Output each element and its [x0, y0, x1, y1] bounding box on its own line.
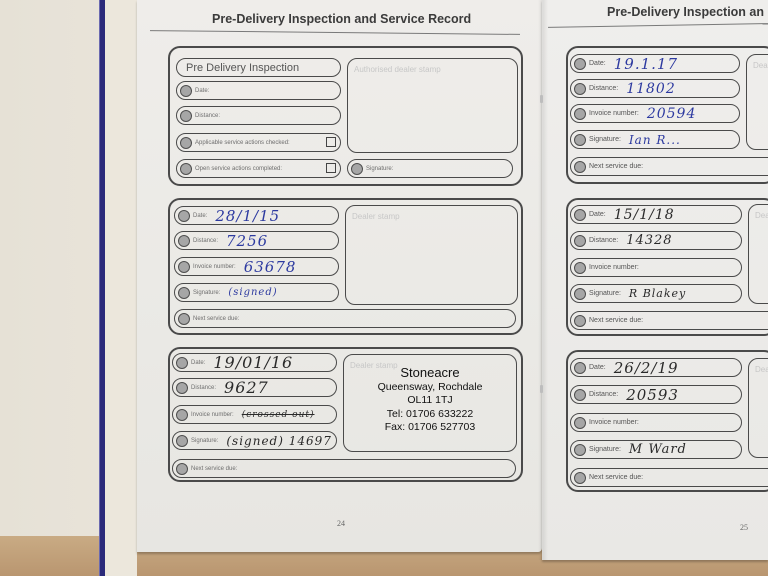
stamp-label: Authorised dealer stamp [354, 65, 441, 74]
stamp-label: Dea [755, 211, 768, 220]
handwritten-value: 63678 [244, 258, 297, 276]
bullet-icon [176, 382, 188, 394]
pdi-title-field: Pre Delivery Inspection [176, 58, 341, 77]
field-label: Signature: [193, 290, 220, 296]
pdi-record: Pre Delivery Inspection Date: Distance: … [168, 46, 523, 186]
book-gutter [538, 0, 548, 560]
field-label: Invoice number: [193, 264, 236, 270]
next-service-due-field[interactable]: Next service due: [174, 309, 516, 328]
dealer-name: Stoneacre [344, 365, 516, 381]
field-label: Next service due: [589, 317, 643, 324]
open-actions-completed-checkbox[interactable] [326, 163, 336, 173]
signature-field[interactable]: Signature: Ian R... [570, 130, 740, 149]
bullet-icon [178, 235, 190, 247]
handwritten-value: 11802 [626, 81, 676, 97]
bullet-icon [574, 209, 586, 221]
dealer-stamp-box: Dealer stamp Stoneacre Queensway, Rochda… [343, 354, 517, 452]
bullet-icon [176, 409, 188, 421]
pdi-open-actions-completed-field[interactable]: Open service actions completed: [176, 159, 341, 178]
handwritten-value: 26/2/19 [614, 359, 679, 377]
bullet-icon [574, 389, 586, 401]
pdi-distance-field[interactable]: Distance: [176, 106, 341, 125]
field-label: Signature: [589, 290, 621, 297]
bullet-icon [180, 110, 192, 122]
field-label: Signature: [589, 446, 621, 453]
next-service-due-field[interactable]: Next service due: [570, 311, 768, 330]
pdi-service-actions-checked-field[interactable]: Applicable service actions checked: [176, 133, 341, 152]
dealer-tel: Tel: 01706 633222 [344, 408, 516, 421]
bullet-icon [574, 444, 586, 456]
pdi-title: Pre Delivery Inspection [180, 62, 299, 74]
field-label: Date: [191, 360, 205, 366]
date-field[interactable]: Date: 15/1/18 [570, 205, 742, 224]
dealer-postcode: OL11 1TJ [344, 394, 516, 407]
field-label: Next service due: [589, 163, 643, 170]
handwritten-value: 7256 [226, 232, 268, 250]
invoice-number-field[interactable]: Invoice number: [570, 413, 742, 432]
handwritten-value: 20594 [647, 106, 697, 122]
field-label: Distance: [589, 85, 618, 92]
date-field[interactable]: Date: 28/1/15 [174, 206, 339, 225]
bullet-icon [351, 163, 363, 175]
signature-field[interactable]: Signature: (signed) 14697 [172, 431, 337, 450]
dealer-address: Queensway, Rochdale [344, 381, 516, 394]
dealer-fax: Fax: 01706 527703 [344, 421, 516, 434]
handwritten-value: (crossed out) [242, 410, 315, 420]
signature-field[interactable]: Signature: M Ward [570, 440, 742, 459]
bullet-icon [574, 161, 586, 173]
bullet-icon [574, 83, 586, 95]
field-label: Distance: [191, 385, 216, 391]
handwritten-signature: (signed) [228, 287, 277, 298]
field-label: Distance: [193, 238, 218, 244]
field-label: Open service actions completed: [195, 166, 282, 172]
field-label: Date: [589, 60, 606, 67]
bullet-icon [574, 315, 586, 327]
dealer-stamp-box: Dea [746, 54, 768, 150]
field-label: Invoice number: [589, 419, 639, 426]
bullet-icon [178, 287, 190, 299]
field-label: Next service due: [193, 316, 239, 322]
handwritten-value: 19.1.17 [614, 55, 678, 73]
page-number-left: 24 [337, 519, 345, 528]
stamp-label: Dea [755, 365, 768, 374]
page-heading-right: Pre-Delivery Inspection an [607, 5, 764, 19]
next-service-due-field[interactable]: Next service due: [570, 157, 768, 176]
field-label: Next service due: [589, 474, 643, 481]
field-label: Signature: [366, 166, 393, 172]
authorised-dealer-stamp-box: Authorised dealer stamp [347, 58, 518, 153]
field-label: Distance: [195, 113, 220, 119]
bullet-icon [180, 85, 192, 97]
stamp-label: Dealer stamp [352, 212, 400, 221]
bullet-icon [178, 261, 190, 273]
signature-field[interactable]: Signature: (signed) [174, 283, 339, 302]
distance-field[interactable]: Distance: 14328 [570, 231, 742, 250]
staple [540, 385, 543, 393]
field-label: Signature: [589, 136, 621, 143]
service-record-2018: Date: 15/1/18 Distance: 14328 Invoice nu… [566, 198, 768, 336]
invoice-number-field[interactable]: Invoice number: (crossed out) [172, 405, 337, 424]
page-number-right: 25 [740, 523, 748, 532]
date-field[interactable]: Date: 19.1.17 [570, 54, 740, 73]
field-label: Invoice number: [191, 412, 234, 418]
service-record-2017: Date: 19.1.17 Distance: 11802 Invoice nu… [566, 46, 768, 184]
dealer-stamp-box: Dea [748, 358, 768, 458]
bullet-icon [178, 313, 190, 325]
dealer-stamp-box: Dealer stamp [345, 205, 518, 305]
field-label: Applicable service actions checked: [195, 140, 290, 146]
bullet-icon [176, 435, 188, 447]
handwritten-signature: Ian R... [629, 133, 681, 147]
field-label: Distance: [589, 237, 618, 244]
field-label: Date: [193, 213, 207, 219]
handwritten-value: 14328 [626, 233, 672, 248]
distance-field[interactable]: Distance: 9627 [172, 378, 337, 397]
bullet-icon [176, 357, 188, 369]
handwritten-signature: R Blakey [629, 287, 686, 300]
service-record-2016: Date: 19/01/16 Distance: 9627 Invoice nu… [168, 347, 523, 482]
page-heading-left: Pre-Delivery Inspection and Service Reco… [212, 12, 471, 26]
bullet-icon [180, 163, 192, 175]
handwritten-value: 19/01/16 [213, 353, 293, 372]
cover-edge [105, 0, 137, 576]
invoice-number-field[interactable]: Invoice number: 20594 [570, 104, 740, 123]
bullet-icon [574, 58, 586, 70]
distance-field[interactable]: Distance: 20593 [570, 385, 742, 404]
bullet-icon [574, 262, 586, 274]
signature-field[interactable]: Signature: R Blakey [570, 284, 742, 303]
handwritten-value: 15/1/18 [614, 207, 675, 223]
service-actions-checked-checkbox[interactable] [326, 137, 336, 147]
field-label: Signature: [191, 438, 218, 444]
bullet-icon [176, 463, 188, 475]
date-field[interactable]: Date: 19/01/16 [172, 353, 337, 372]
field-label: Date: [589, 364, 606, 371]
handwritten-value: 28/1/15 [215, 207, 280, 225]
distance-field[interactable]: Distance: 11802 [570, 79, 740, 98]
dealer-stamp-box: Dea [748, 204, 768, 304]
bullet-icon [574, 134, 586, 146]
field-label: Date: [195, 88, 209, 94]
handwritten-signature: M Ward [629, 442, 687, 457]
invoice-number-field[interactable]: Invoice number: 63678 [174, 257, 339, 276]
handwritten-value: 20593 [626, 386, 679, 404]
bullet-icon [180, 137, 192, 149]
pdi-date-field[interactable]: Date: [176, 81, 341, 100]
next-service-due-field[interactable]: Next service due: [172, 459, 516, 478]
bullet-icon [574, 235, 586, 247]
handwritten-value: 9627 [224, 378, 269, 397]
bullet-icon [574, 417, 586, 429]
dealer-stamp-imprint: Stoneacre Queensway, Rochdale OL11 1TJ T… [344, 365, 516, 434]
bullet-icon [574, 472, 586, 484]
service-record-2015: Date: 28/1/15 Distance: 7256 Invoice num… [168, 198, 523, 335]
staple [540, 95, 543, 103]
distance-field[interactable]: Distance: 7256 [174, 231, 339, 250]
bullet-icon [178, 210, 190, 222]
date-field[interactable]: Date: 26/2/19 [570, 358, 742, 377]
field-label: Date: [589, 211, 606, 218]
field-label: Next service due: [191, 466, 237, 472]
bullet-icon [574, 362, 586, 374]
service-record-2019: Date: 26/2/19 Distance: 20593 Invoice nu… [566, 350, 768, 492]
next-service-due-field[interactable]: Next service due: [570, 468, 768, 487]
stamp-label: Dea [753, 61, 768, 70]
handwritten-signature: (signed) 14697 [226, 434, 332, 448]
field-label: Invoice number: [589, 110, 639, 117]
bullet-icon [574, 288, 586, 300]
bullet-icon [574, 108, 586, 120]
invoice-number-field[interactable]: Invoice number: [570, 258, 742, 277]
field-label: Invoice number: [589, 264, 639, 271]
pdi-signature-field[interactable]: Signature: [347, 159, 513, 178]
field-label: Distance: [589, 391, 618, 398]
